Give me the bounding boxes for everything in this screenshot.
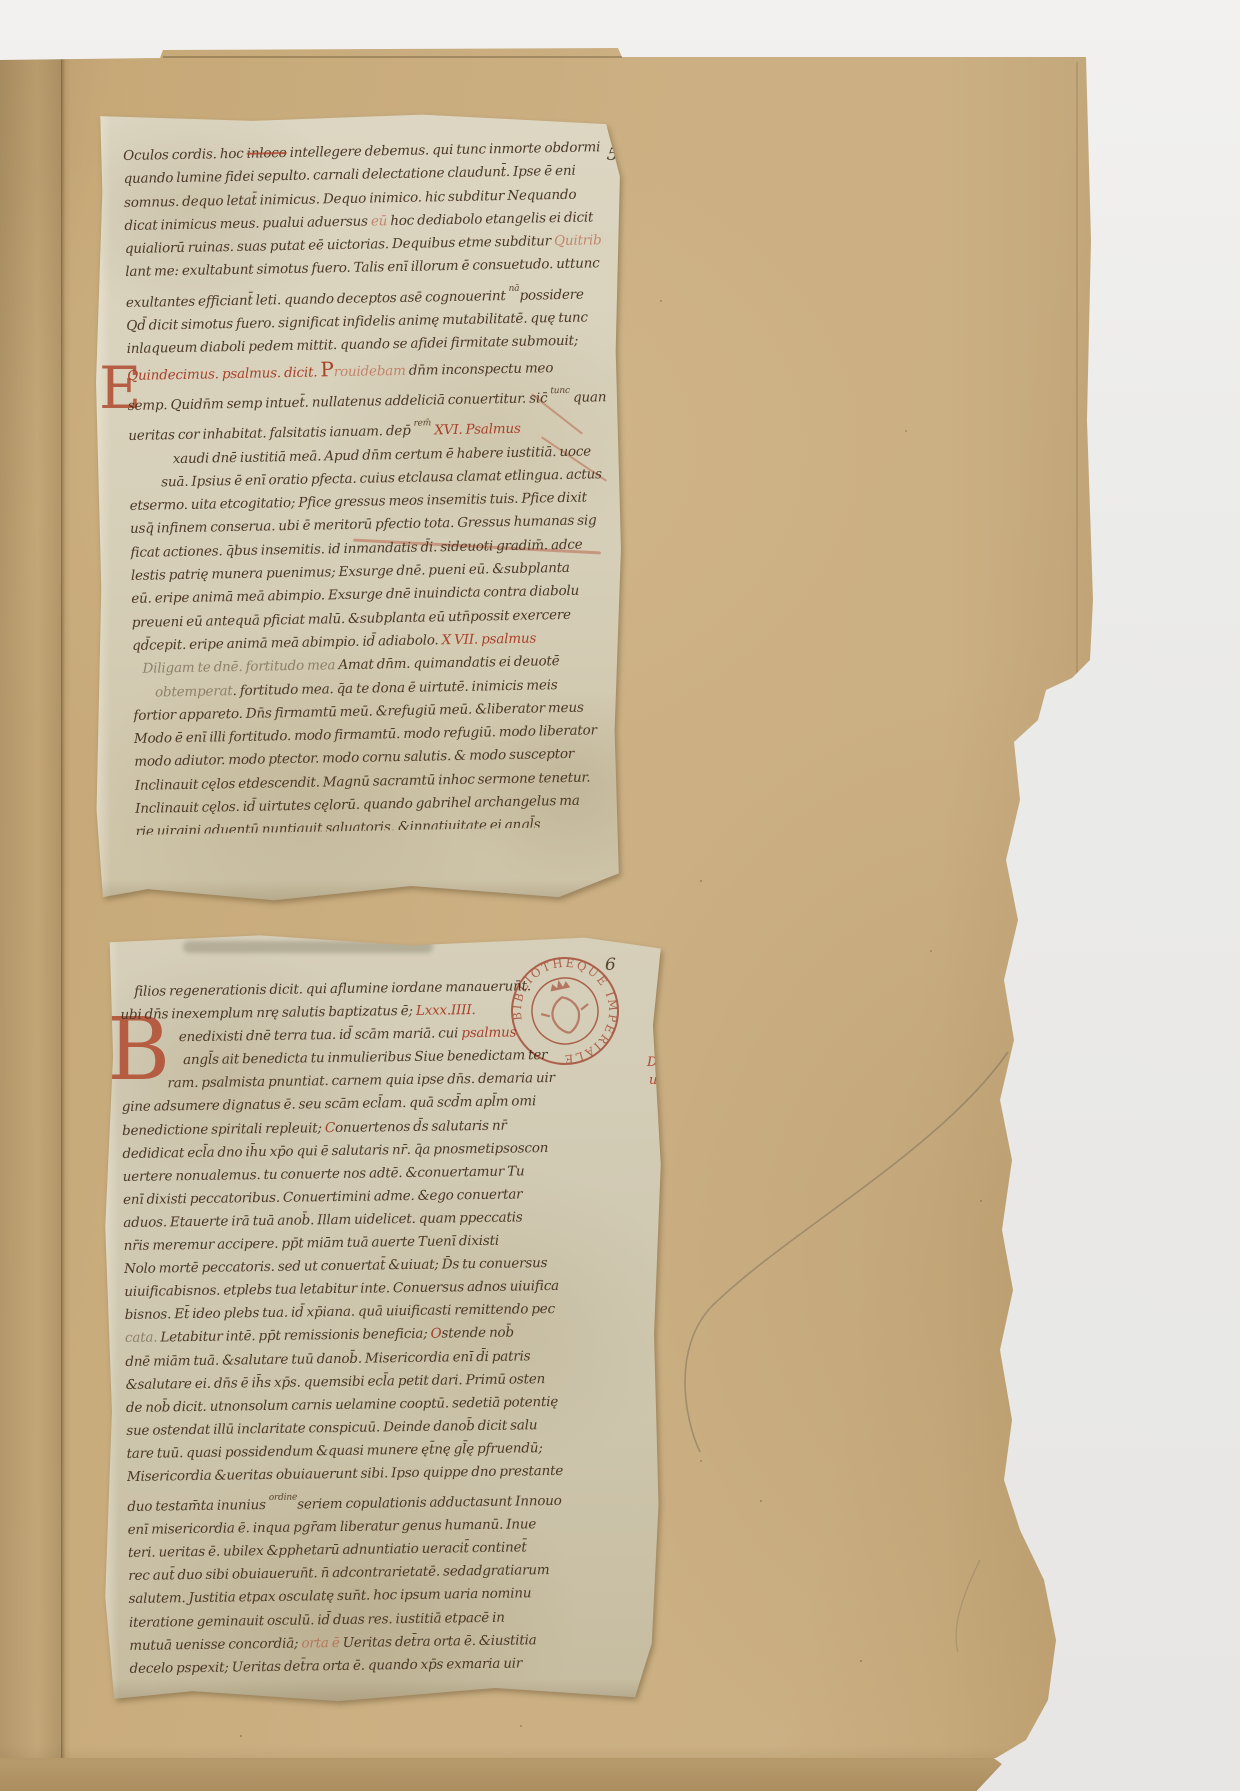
folio-number: 5 (606, 144, 620, 165)
library-stamp-icon: BIBLIOTHEQUE IMPERIALE (494, 940, 636, 1082)
parchment-surface: 5 E Oculos cordis. hoc inloco intelleger… (95, 113, 622, 905)
side-text-scrap: ur (649, 1073, 664, 1088)
stamp-text: BIBLIOTHEQUE IMPERIALE (499, 945, 630, 1076)
manuscript-text-block-2: filios regenerationis dicit. qui aflumin… (120, 974, 658, 1681)
manuscript-text-block-1: Oculos cordis. hoc inloco intellegere de… (123, 136, 614, 835)
side-text-scrap: D (647, 1055, 657, 1070)
parchment-surface: 6 B filios regenerationis dicit. qui afl… (103, 933, 663, 1705)
effaced-text-line (183, 941, 433, 953)
paper-specks (0, 0, 2, 2)
parchment-fragment-1: 5 E Oculos cordis. hoc inloco intelleger… (95, 113, 622, 905)
guard-strip (95, 113, 111, 905)
next-leaf-edge (1076, 62, 1078, 690)
page-edge-shading (940, 0, 1240, 1791)
stamp-eagle (539, 992, 593, 1037)
fragment-bottom-shade (95, 879, 622, 905)
manuscript-photo: 5 E Oculos cordis. hoc inloco intelleger… (0, 0, 1240, 1791)
album-page: 5 E Oculos cordis. hoc inloco intelleger… (0, 0, 1240, 1791)
stamp-crown (549, 978, 571, 992)
gutter-crease (61, 0, 71, 1791)
page-top-fold-line (163, 56, 622, 58)
parchment-fragment-2: 6 B filios regenerationis dicit. qui afl… (103, 933, 663, 1705)
svg-text:BIBLIOTHEQUE IMPERIALE: BIBLIOTHEQUE IMPERIALE (499, 945, 630, 1076)
gutter-left-shading (0, 0, 62, 1791)
fragment-bottom-shade (103, 1679, 663, 1705)
